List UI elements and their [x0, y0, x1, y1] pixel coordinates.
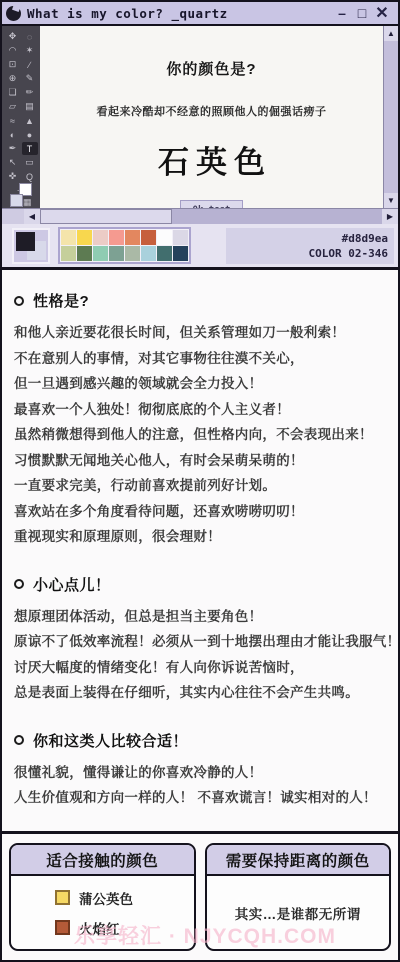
window-title: What is my color? _quartz [27, 6, 332, 21]
ring-bullet-icon [14, 579, 24, 589]
palette-swatch[interactable] [93, 246, 108, 261]
result-color-name: 石英色 [151, 137, 272, 182]
good-colors-title: 适合接触的颜色 [11, 845, 194, 876]
palette-swatch[interactable] [77, 230, 92, 245]
marquee-tool-icon[interactable]: ◌ [22, 30, 38, 43]
good-color-label: 火焰红 [79, 918, 120, 938]
lasso-tool-icon[interactable]: ◠ [5, 44, 21, 57]
eraser-tool-icon[interactable]: ▱ [5, 100, 21, 113]
color-code-value: COLOR 02-346 [309, 246, 388, 261]
minimize-button[interactable]: – [332, 4, 352, 22]
palette-swatch[interactable] [141, 246, 156, 261]
ring-bullet-icon [14, 735, 24, 745]
close-button[interactable]: ✕ [372, 4, 392, 22]
palette-swatch[interactable] [109, 246, 124, 261]
crop-tool-icon[interactable]: ⊡ [5, 58, 21, 71]
shape-tool-icon[interactable]: ▭ [22, 156, 38, 169]
palette-swatch[interactable] [77, 246, 92, 261]
section-compatible-people: 你和这类人比较合适！ 很懂礼貌，懂得谦让的你喜欢冷静的人！ 人生价值观和方向一样… [14, 730, 386, 811]
sponge-tool-icon[interactable]: ● [22, 128, 38, 141]
report-line: 重视现实和原理原则，很会理财！ [14, 524, 386, 550]
gradient-tool-icon[interactable]: ▤ [22, 100, 38, 113]
type-tool-icon[interactable]: T [22, 142, 38, 155]
editor-area: ✥ ◌ ◠ ✶ ⊡ ∕ ⊕ ✎ ❏ ✏ ▱ ▤ ≈ ▲ ◐ ● ✒ [2, 26, 398, 224]
scroll-down-icon[interactable]: ▼ [384, 193, 398, 208]
ring-bullet-icon [14, 296, 24, 306]
maximize-button[interactable]: □ [352, 4, 372, 22]
current-colors-indicator[interactable] [12, 228, 50, 264]
report-line: 总是表面上装得在仔细听，其实内心往往不会产生共鸣。 [14, 680, 386, 706]
vertical-scrollbar[interactable]: ▲ ▼ [383, 26, 398, 208]
good-colors-card: 适合接触的颜色 蒲公英色 火焰红 [9, 843, 196, 951]
current-foreground-swatch[interactable] [16, 232, 35, 251]
report-line: 一直要求完美，行动前喜欢提前列好计划。 [14, 473, 386, 499]
report-line: 最喜欢一个人独处！彻彻底底的个人主义者！ [14, 397, 386, 423]
distance-colors-text: 其实…是谁都无所谓 [207, 903, 390, 923]
move-tool-icon[interactable]: ✥ [5, 30, 21, 43]
report-line: 但一旦遇到感兴趣的领域就会全力投入！ [14, 371, 386, 397]
palette-swatch[interactable] [61, 230, 76, 245]
section-caution: 小心点儿！ 想原理团体活动，但总是担当主要角色！ 原谅不了低效率流程！必须从一到… [14, 574, 386, 706]
dandelion-color-chip [55, 890, 70, 905]
report-line: 和他人亲近要花很长时间，但关系管理如刀一般利索！ [14, 320, 386, 346]
palette-swatch[interactable] [125, 230, 140, 245]
palette-swatch[interactable] [157, 246, 172, 261]
scroll-right-icon[interactable]: ▶ [382, 209, 398, 224]
app-window: What is my color? _quartz – □ ✕ ✥ ◌ ◠ ✶ … [0, 0, 400, 962]
palette-swatch[interactable] [157, 230, 172, 245]
compatibility-footer: 适合接触的颜色 蒲公英色 火焰红 需要保持距离的颜色 其实…是谁都无所谓 乐享轻… [2, 831, 398, 960]
titlebar: What is my color? _quartz – □ ✕ [2, 2, 398, 26]
result-description: 看起来冷酷却不经意的照顾他人的倔强话痨子 [97, 103, 327, 119]
hand-tool-icon[interactable]: ✜ [5, 170, 21, 183]
sharpen-tool-icon[interactable]: ▲ [22, 114, 38, 127]
palette-swatch[interactable] [141, 230, 156, 245]
horizontal-scrollbar[interactable]: ◀ ▶ [2, 208, 398, 224]
dodge-tool-icon[interactable]: ◐ [5, 128, 21, 141]
screen-mode-icon[interactable]: ▦ [23, 197, 32, 208]
palette-swatch[interactable] [173, 246, 188, 261]
report-line: 不在意别人的事情，对其它事物往往漠不关心， [14, 346, 386, 372]
hscroll-track-left[interactable] [2, 209, 24, 224]
color-hex-value: #d8d9ea [342, 231, 388, 246]
hscroll-thumb[interactable] [40, 209, 172, 224]
question-title: 你的颜色是? [166, 58, 256, 79]
report-line: 虽然稍微想得到他人的注意，但性格内向，不会表现出来！ [14, 422, 386, 448]
good-color-item: 蒲公英色 [55, 888, 194, 908]
healing-brush-tool-icon[interactable]: ⊕ [5, 72, 21, 85]
report-line: 很懂礼貌，懂得谦让的你喜欢冷静的人！ [14, 760, 386, 786]
palette-swatch[interactable] [125, 246, 140, 261]
section-personality: 性格是? 和他人亲近要花很长时间，但关系管理如刀一般利索！ 不在意别人的事情，对… [14, 290, 386, 550]
color-info-panel: #d8d9ea COLOR 02-346 [226, 228, 394, 264]
good-color-label: 蒲公英色 [79, 888, 133, 908]
palette-swatch[interactable] [61, 246, 76, 261]
magic-wand-tool-icon[interactable]: ✶ [22, 44, 38, 57]
scroll-up-icon[interactable]: ▲ [384, 26, 398, 41]
palette-swatch[interactable] [173, 230, 188, 245]
foreground-color-swatch[interactable] [10, 194, 23, 207]
app-logo-icon [6, 6, 21, 21]
section-heading: 小心点儿！ [33, 574, 111, 595]
distance-colors-title: 需要保持距离的颜色 [207, 845, 390, 876]
palette-swatch[interactable] [109, 230, 124, 245]
toolbar-color-selector[interactable] [10, 194, 32, 196]
clone-stamp-tool-icon[interactable]: ❏ [5, 86, 21, 99]
report-line: 喜欢站在多个角度看待问题，还喜欢唠唠叨叨！ [14, 499, 386, 525]
flame-red-color-chip [55, 920, 70, 935]
palette-swatch[interactable] [93, 230, 108, 245]
zoom-tool-icon[interactable]: Q [22, 170, 38, 183]
report-line: 原谅不了低效率流程！必须从一到十地摆出理由才能让我服气！ [14, 629, 386, 655]
scroll-left-icon[interactable]: ◀ [24, 209, 40, 224]
color-swatch-grid [58, 227, 191, 264]
pen-tool-icon[interactable]: ✒ [5, 142, 21, 155]
smudge-tool-icon[interactable]: ≈ [5, 114, 21, 127]
good-color-item: 火焰红 [55, 918, 194, 938]
brush-tool-icon[interactable]: ✎ [22, 72, 38, 85]
report-line: 习惯默默无闻地关心他人，有时会呆萌呆萌的！ [14, 448, 386, 474]
report-line: 讨厌大幅度的情绪变化！有人向你诉说苦恼时， [14, 655, 386, 681]
tool-palette: ✥ ◌ ◠ ✶ ⊡ ∕ ⊕ ✎ ❏ ✏ ▱ ▤ ≈ ▲ ◐ ● ✒ [2, 26, 40, 208]
pencil-tool-icon[interactable]: ✏ [22, 86, 38, 99]
palette-bar: #d8d9ea COLOR 02-346 [2, 224, 398, 270]
hscroll-track[interactable] [172, 209, 382, 224]
eyedropper-tool-icon[interactable]: ∕ [22, 58, 38, 71]
report-line: 想原理团体活动，但总是担当主要角色！ [14, 604, 386, 630]
result-report: 性格是? 和他人亲近要花很长时间，但关系管理如刀一般利索！ 不在意别人的事情，对… [2, 270, 398, 831]
section-heading: 你和这类人比较合适！ [33, 730, 188, 751]
result-canvas: 你的颜色是? 看起来冷酷却不经意的照顾他人的倔强话痨子 石英色 0k_test [40, 26, 383, 208]
report-line: 人生价值观和方向一样的人！ 不喜欢谎言！诚实相对的人！ [14, 785, 386, 811]
section-heading: 性格是? [33, 290, 89, 311]
path-select-tool-icon[interactable]: ↖ [5, 156, 21, 169]
distance-colors-card: 需要保持距离的颜色 其实…是谁都无所谓 [205, 843, 392, 951]
